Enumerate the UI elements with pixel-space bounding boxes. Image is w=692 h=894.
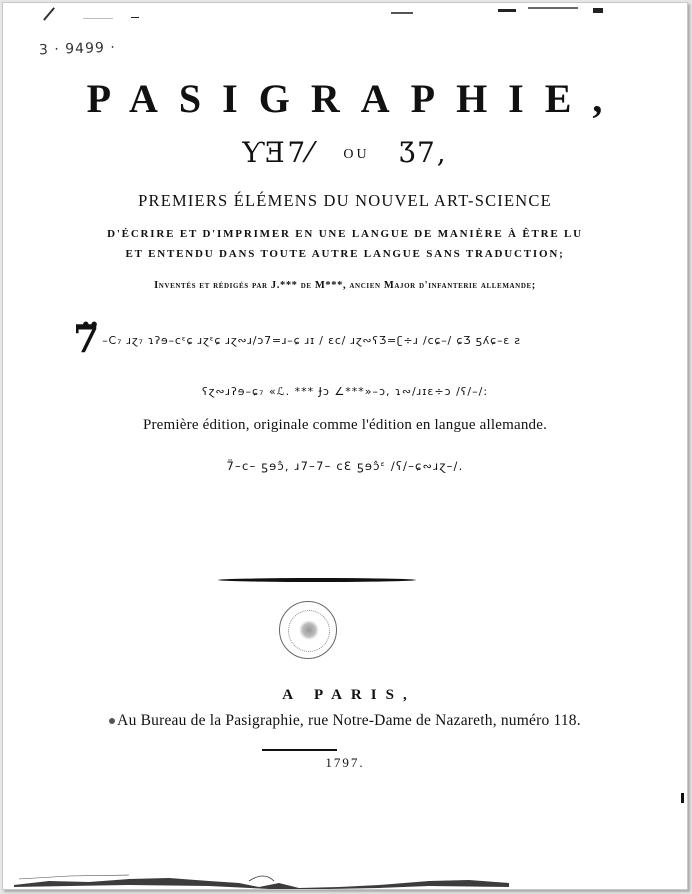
scan-artifact xyxy=(681,793,684,803)
scan-artifact xyxy=(131,17,139,18)
imprint-publisher: Au Bureau de la Pasigraphie, rue Notre-D… xyxy=(117,712,581,729)
handwritten-shelfmark: 3 · 9499 · xyxy=(39,40,116,59)
imprint-year: 1797. xyxy=(3,755,687,771)
page-edge-damage xyxy=(9,869,509,889)
pasigraphic-word-2: Ʒ7, xyxy=(399,136,448,169)
pasigraphic-line-1-text: –C₇ ɹɀ₇ ɿʔɘ–cᵋɕ ɹɀᵋɕ ɹɀ∾ɹ/ɔ7=ɹ–ɕ ɹɪ / ɛc… xyxy=(102,334,521,347)
imprint-publisher-line: Au Bureau de la Pasigraphie, rue Notre-D… xyxy=(3,712,687,730)
pasigraphic-word-1: ƳƎ7⁄ xyxy=(242,136,314,169)
authorship-line: Inventés et rédigés par J.*** de M***, a… xyxy=(3,280,687,291)
imprint-rule xyxy=(262,749,337,751)
book-title: PASIGRAPHIE, xyxy=(3,75,687,122)
pasigraphic-initial: 7̈ xyxy=(73,316,100,361)
scan-artifact xyxy=(83,18,113,19)
scan-artifact xyxy=(528,7,578,9)
scanned-page: 3 · 9499 · PASIGRAPHIE, ƳƎ7⁄ OU Ʒ7, PREM… xyxy=(2,2,688,890)
pasigraphic-line-1: 7̈–C₇ ɹɀ₇ ɿʔɘ–cᵋɕ ɹɀᵋɕ ɹɀ∾ɹ/ɔ7=ɹ–ɕ ɹɪ / … xyxy=(73,308,647,353)
scan-artifact xyxy=(391,12,413,14)
description-line-1: D'ÉCRIRE ET D'IMPRIMER EN UNE LANGUE DE … xyxy=(3,224,687,244)
stamp-emblem xyxy=(299,620,319,640)
imprint-city: A PARIS, xyxy=(3,687,687,704)
edition-note: Première édition, originale comme l'édit… xyxy=(3,417,687,434)
scan-artifact xyxy=(498,9,516,12)
scan-artifact xyxy=(593,8,603,13)
ink-blot-icon xyxy=(109,718,115,724)
subtitle-connector: OU xyxy=(343,147,369,162)
pasigraphic-line-3: 7̈–c– ƽɘɔ̂, ɹ7–7– cƐ ƽɘɔ̂ᵋ /ʕ/–ɕ∾ɹɀ–/. xyxy=(3,459,687,473)
ornamental-rule xyxy=(218,578,416,582)
library-stamp-icon xyxy=(279,601,337,659)
pasigraphic-line-2: ʕɀ∾ɹʔɘ–ɕ₇ «ℒ. *** Ɉɔ ∠***»–ɔ, ɿ∾/ɹɪɛ÷ɔ /… xyxy=(3,385,687,398)
description-line-2: ET ENTENDU DANS TOUTE AUTRE LANGUE SANS … xyxy=(3,244,687,264)
heading-premiers-elemens: PREMIERS ÉLÉMENS DU NOUVEL ART-SCIENCE xyxy=(3,191,687,211)
pasigraphic-subtitle: ƳƎ7⁄ OU Ʒ7, xyxy=(3,136,687,170)
pen-mark xyxy=(43,7,55,21)
description-block: D'ÉCRIRE ET D'IMPRIMER EN UNE LANGUE DE … xyxy=(3,224,687,264)
